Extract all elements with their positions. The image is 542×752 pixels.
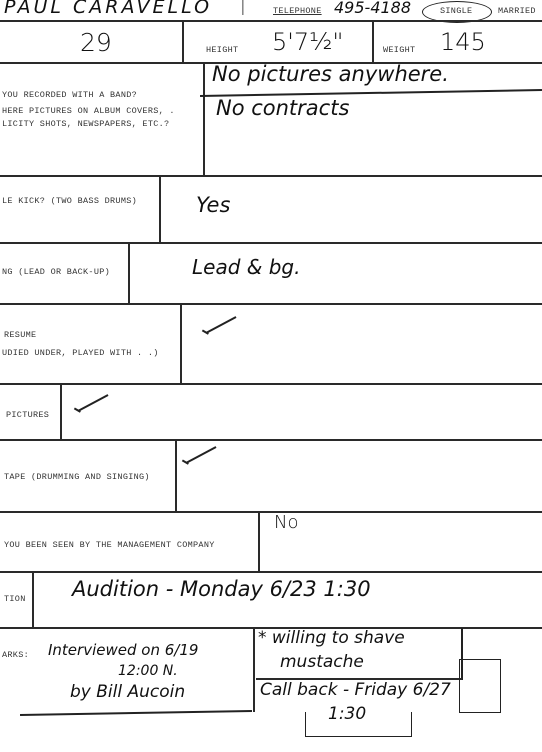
single-label: SINGLE xyxy=(440,6,472,16)
note-text: * willing to shave xyxy=(258,628,405,648)
divider xyxy=(180,304,182,384)
rule xyxy=(0,303,542,305)
recorded-question: YOU RECORDED WITH A BAND? xyxy=(2,90,137,100)
double-kick-question: LE KICK? (TWO BASS DRUMS) xyxy=(2,196,137,206)
rule xyxy=(0,175,542,177)
resume-checkmark-icon xyxy=(206,316,237,334)
callback-note: Call back - Friday 6/27 xyxy=(260,680,451,700)
height-value: 5'7½" xyxy=(272,28,343,56)
recorded-question: LICITY SHOTS, NEWSPAPERS, ETC.? xyxy=(2,119,169,129)
age-value: 29 xyxy=(80,28,112,57)
rule xyxy=(0,242,542,244)
divider xyxy=(60,384,62,440)
height-label: HEIGHT xyxy=(206,45,238,55)
tape-checkmark-icon xyxy=(186,446,217,464)
divider xyxy=(128,243,130,303)
divider xyxy=(372,21,374,63)
recorded-answer: No pictures anywhere. xyxy=(212,62,449,86)
rule xyxy=(0,20,542,22)
action-label: TION xyxy=(4,594,26,604)
applicant-name: PAUL CARAVELLO xyxy=(4,0,212,18)
divider xyxy=(159,176,161,243)
interview-box-bottom xyxy=(20,710,252,716)
pictures-question: PICTURES xyxy=(6,410,49,420)
resume-question: RESUME xyxy=(4,330,36,340)
tape-question: TAPE (DRUMMING AND SINGING) xyxy=(4,472,150,482)
resume-question: UDIED UNDER, PLAYED WITH . .) xyxy=(2,348,159,358)
management-question: YOU BEEN SEEN BY THE MANAGEMENT COMPANY xyxy=(4,540,215,550)
interview-note: by Bill Aucoin xyxy=(70,682,185,702)
double-kick-answer: Yes xyxy=(196,193,230,217)
pictures-checkmark-icon xyxy=(78,394,109,412)
management-answer: No xyxy=(274,512,298,533)
remarks-label: ARKS: xyxy=(2,650,29,660)
recorded-answer: No contracts xyxy=(216,96,349,120)
callback-box xyxy=(305,712,412,737)
name-separator: | xyxy=(240,0,246,16)
date-box xyxy=(459,659,501,713)
interview-note: Interviewed on 6/19 xyxy=(48,641,198,659)
divider xyxy=(203,63,205,175)
telephone-label: TELEPHONE xyxy=(273,6,322,16)
divider xyxy=(182,21,184,63)
note-box-left xyxy=(253,628,255,712)
rule xyxy=(0,511,542,513)
telephone-value: 495-4188 xyxy=(334,0,411,17)
sing-question: NG (LEAD OR BACK-UP) xyxy=(2,267,110,277)
recorded-question: HERE PICTURES ON ALBUM COVERS, . xyxy=(2,106,175,116)
interview-note: 12:00 N. xyxy=(118,663,178,679)
weight-label: WEIGHT xyxy=(383,45,415,55)
divider xyxy=(258,512,260,572)
divider xyxy=(175,440,177,512)
rule xyxy=(0,571,542,573)
note-text: mustache xyxy=(280,652,364,672)
married-label: MARRIED xyxy=(498,6,536,16)
action-answer: Audition - Monday 6/23 1:30 xyxy=(72,577,371,601)
weight-value: 145 xyxy=(440,28,486,56)
sing-answer: Lead & bg. xyxy=(192,255,300,279)
divider xyxy=(32,572,34,628)
rule xyxy=(0,383,542,385)
rule xyxy=(0,439,542,441)
